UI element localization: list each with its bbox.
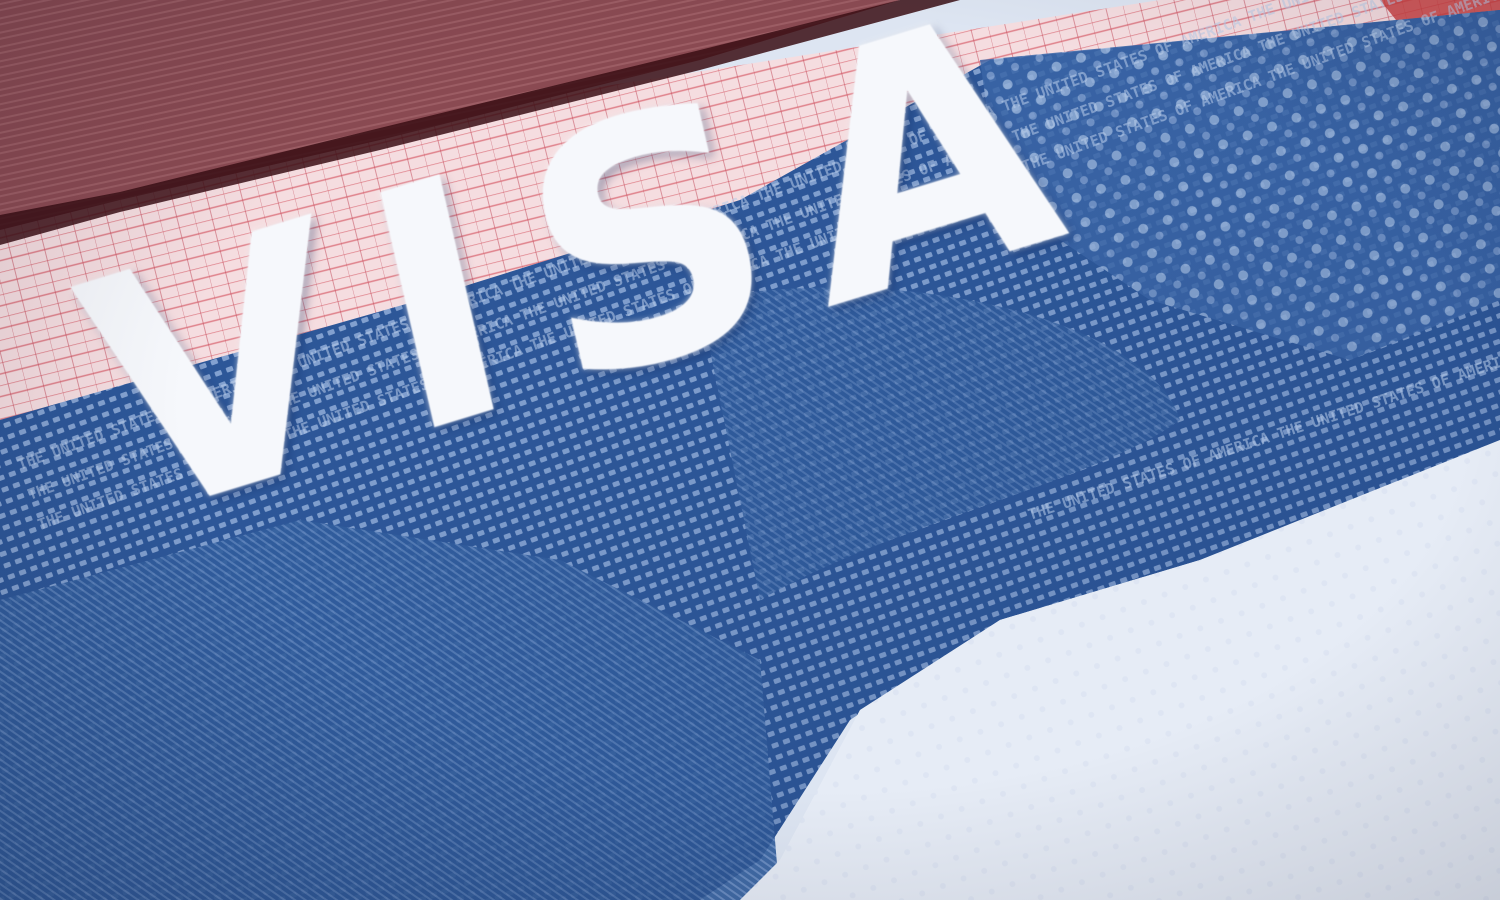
visa-photo: THE UNITED STATES OF AMERICA THE UNITED … bbox=[0, 0, 1500, 900]
